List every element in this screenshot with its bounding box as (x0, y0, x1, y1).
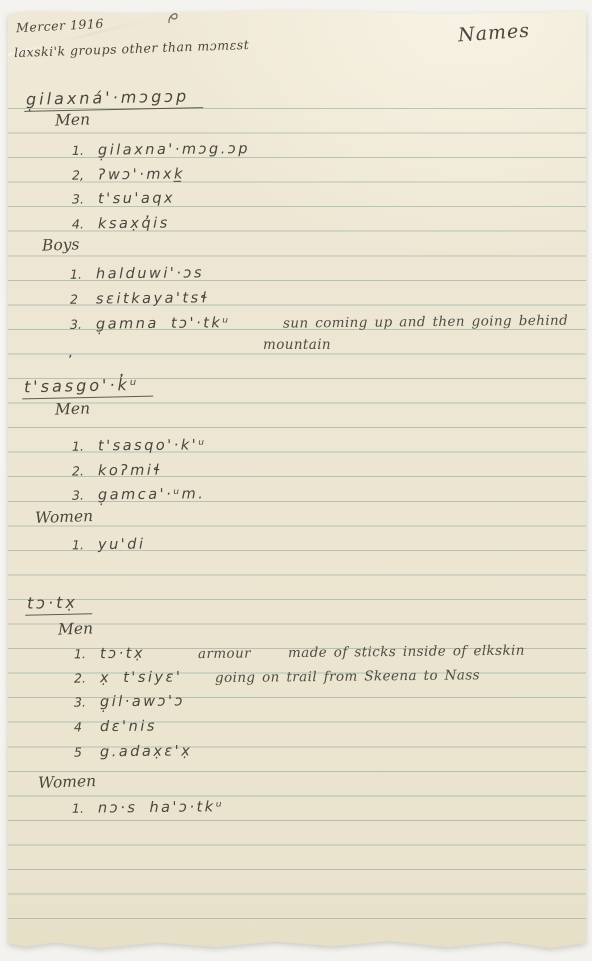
item-name: x̣ t'siyɛ' (100, 669, 183, 686)
stray-apostrophe-mark: ʼ (68, 353, 72, 369)
name-row: 2.x̣ t'siyɛ' going on trail from Skeena … (74, 667, 183, 688)
name-row: 3.t'su'aqx (72, 188, 175, 209)
item-number: 1. (70, 264, 96, 284)
group-label: Men (58, 619, 94, 638)
item-name: koʔmiɬ (98, 463, 163, 480)
scan-background: Mercer 1916 laxski'k groups other than m… (0, 0, 592, 961)
name-row: 2.koʔmiɬ (72, 461, 163, 482)
item-number: 1. (72, 799, 98, 819)
item-name: g̣amna tɔ'·tkᵘ (96, 315, 231, 332)
group-label: Women (35, 507, 94, 527)
item-name: ksax̣q̓is (98, 215, 170, 232)
name-row: 1.halduwi'·ɔs (70, 263, 204, 284)
group-label: Boys (42, 235, 80, 254)
item-name: t'sasqo'·k'ᵘ (98, 437, 207, 454)
item-name: ʔwɔ'·mxk̲ (98, 166, 185, 183)
item-number: 2, (72, 165, 98, 185)
item-number: 4. (72, 214, 98, 234)
item-number: 3. (74, 692, 100, 712)
group-label: Men (55, 399, 91, 418)
item-number: 3. (72, 189, 98, 209)
item-gloss: sun coming up and then going behind (283, 311, 568, 334)
item-number: 5 (74, 742, 100, 762)
name-row: 1.t'sasqo'·k'ᵘ (72, 435, 207, 456)
group-label: Women (38, 772, 97, 792)
item-number: 2. (72, 461, 98, 481)
item-number: 2. (74, 668, 100, 688)
item-name: g̣ilaxna'·mɔg.ɔp (98, 141, 250, 159)
header-subject: laxski'k groups other than mɔmɛst (14, 37, 250, 60)
item-gloss-wrap: mountain (263, 337, 331, 353)
section-heading: g̣ilaxná'·mɔgɔp (24, 86, 204, 112)
item-gloss: armour (198, 644, 251, 665)
name-row: 3.g̣il·awɔ'ɔ (74, 691, 185, 712)
item-number: 3. (72, 485, 98, 505)
item-name: tɔ·tx̣ (100, 646, 145, 662)
item-name: g̣il·awɔ'ɔ (100, 693, 185, 710)
item-gloss: made of sticks inside of elkskin (288, 641, 525, 663)
item-name: g.adax̣ɛ'x̣ (100, 743, 193, 760)
item-number: 1. (74, 644, 100, 664)
item-gloss: going on trail from Skeena to Nass (215, 665, 480, 688)
name-row: 2,ʔwɔ'·mxk̲ (72, 164, 185, 185)
item-number: 3. (70, 315, 96, 335)
item-number: 1. (72, 141, 98, 161)
item-name: dɛ'nis (100, 719, 157, 736)
item-name: nɔ·s ha'ɔ·tkᵘ (98, 799, 224, 816)
section-heading: t'sasgo'·k̓ᵘ (22, 375, 154, 400)
name-row: 1.yu'di (72, 535, 146, 556)
name-row: 4dɛ'nis (74, 717, 157, 738)
paper: Mercer 1916 laxski'k groups other than m… (8, 10, 586, 950)
name-row: 1.nɔ·s ha'ɔ·tkᵘ (72, 797, 224, 819)
group-label: Men (55, 110, 91, 129)
item-number: 2 (70, 289, 96, 309)
name-row: 5g.adax̣ɛ'x̣ (74, 741, 193, 762)
section-heading: tɔ·tx̣ (25, 592, 92, 615)
item-name: sɛitkaya'tsɬ (96, 290, 210, 307)
item-number: 1. (72, 535, 98, 555)
ink-curl-mark (166, 10, 182, 26)
name-row: 3.g̣amna tɔ'·tkᵘ sun coming up and then … (70, 313, 231, 335)
item-name: g̣amca'·ᵘm. (98, 486, 205, 503)
name-row: 4.ksax̣q̓is (72, 213, 170, 234)
item-number: 1. (72, 436, 98, 456)
name-row: 1.g̣ilaxna'·mɔg.ɔp (72, 139, 250, 161)
page-title: Names (457, 20, 530, 47)
item-name: t'su'aqx (98, 190, 175, 207)
name-row: 1.tɔ·tx̣ armour made of sticks inside of… (74, 644, 145, 665)
name-row: 2sɛitkaya'tsɬ (70, 288, 210, 309)
item-number: 4 (74, 717, 100, 737)
item-name: halduwi'·ɔs (96, 265, 204, 282)
name-row: 3.g̣amca'·ᵘm. (72, 484, 205, 505)
item-name: yu'di (98, 537, 146, 553)
